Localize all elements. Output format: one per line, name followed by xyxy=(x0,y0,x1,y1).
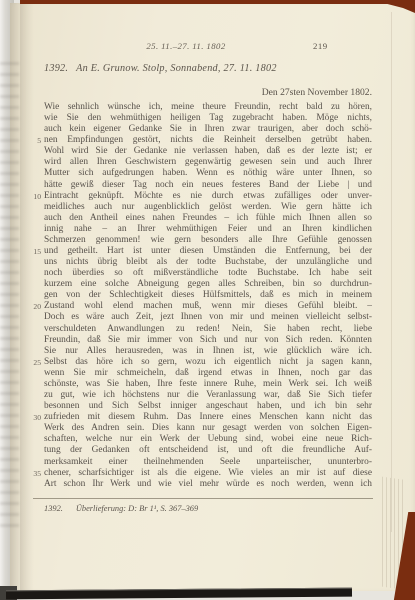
text-line: kurzem eine solche Abneigung gegen alles… xyxy=(44,279,372,290)
line-text: Zustand wohl elend machen muß, wenn mir … xyxy=(44,301,372,312)
text-line: schaften, welche nur ein Werk der Uebung… xyxy=(44,434,372,445)
text-line: 35chener, scharfsichtiger ist als die ei… xyxy=(44,468,372,479)
line-text: Sie nur Alles herausreden, was in Ihnen … xyxy=(44,346,372,357)
text-line: Doch es wäre auch Zeit, jezt Ihnen von m… xyxy=(44,312,372,323)
text-line: gen von der Schlechtigkeit dieses Hülfsm… xyxy=(44,290,372,301)
line-text: Werk des Andren sein. Dies kann nur gesa… xyxy=(44,423,372,434)
page-number: 219 xyxy=(313,41,333,51)
text-line: uns nichts übrig bleibt als der todte Bu… xyxy=(44,257,372,268)
line-text: noch überdies so oft mißverständliche to… xyxy=(44,268,372,279)
footnote-rule xyxy=(33,498,373,499)
text-line: hätte gewiß dieser Tag noch ein neues fe… xyxy=(44,180,372,191)
line-text: Mutter sich aufgedrungen haben. Wenn es … xyxy=(44,168,372,179)
book-cover-top-edge xyxy=(20,0,415,4)
line-text: Doch es wäre auch Zeit, jezt Ihnen von m… xyxy=(44,312,372,323)
text-line: 20Zustand wohl elend machen muß, wenn mi… xyxy=(44,301,372,312)
line-number: 35 xyxy=(29,469,41,479)
line-text: meidliches auch nur augenblicklich gelös… xyxy=(44,202,372,213)
line-text: verschuldeten Anwandlungen zu reden! Nei… xyxy=(44,324,372,335)
letter-title: An E. Grunow. Stolp, Sonnabend, 27. 11. … xyxy=(76,63,277,74)
line-number: 15 xyxy=(29,247,41,257)
text-line: zu gut, wie ich höchstens nur die Veranl… xyxy=(44,390,372,401)
footnote-text: Überlieferung: D: Br 1¹, S. 367–369 xyxy=(76,504,198,513)
line-text: schaften, welche nur ein Werk der Uebung… xyxy=(44,434,372,445)
text-line: Wohl wird Sie der Gedanke nie verlassen … xyxy=(44,146,372,157)
line-text: Wie sehnlich wünsche ich, meine theure F… xyxy=(44,102,372,113)
line-text: kurzem eine solche Abneigung gegen alles… xyxy=(44,279,372,290)
desk-shadow-band xyxy=(6,588,352,600)
text-line: verschuldeten Anwandlungen zu reden! Nei… xyxy=(44,324,372,335)
text-line: Werk des Andren sein. Dies kann nur gesa… xyxy=(44,423,372,434)
text-line: Freundin, daß Sie mir immer von Sich und… xyxy=(44,335,372,346)
text-line: Schmerzen genommen! wie gern besonders a… xyxy=(44,235,372,246)
page-bleed-through xyxy=(0,62,19,530)
text-line: 10Eintracht geknüpft. Möchte es nie durc… xyxy=(44,191,372,202)
text-line: 5nen Empfindungen gestört, nichts die Re… xyxy=(44,135,372,146)
running-head: 25. 11.–27. 11. 1802 xyxy=(44,41,328,53)
line-number: 25 xyxy=(29,358,41,368)
line-number: 10 xyxy=(29,192,41,202)
line-text: Eintracht geknüpft. Möchte es nie durch … xyxy=(44,191,372,202)
text-line: innig nahe – an Ihrer wehmüthigen Feier … xyxy=(44,224,372,235)
line-text: innig nahe – an Ihrer wehmüthigen Feier … xyxy=(44,224,372,235)
line-text: auch den Antheil eines nahen Freundes – … xyxy=(44,213,372,224)
letter-dateline: Den 27sten November 1802. xyxy=(44,87,372,98)
text-line: auch den Antheil eines nahen Freundes – … xyxy=(44,213,372,224)
line-text: uns nichts übrig bleibt als der todte Bu… xyxy=(44,257,372,268)
line-text: Selbst das höre ich so gern, wozu ich ei… xyxy=(44,357,372,368)
text-line: merksamkeit einer theilnehmenden Seele u… xyxy=(44,457,372,468)
text-line: wie Sie den wehmüthigen heiligen Tag zug… xyxy=(44,113,372,124)
line-text: Wohl wird Sie der Gedanke nie verlassen … xyxy=(44,146,372,157)
text-line: tung der Gedanken oft entscheidend ist, … xyxy=(44,445,372,456)
text-line: Wie sehnlich wünsche ich, meine theure F… xyxy=(44,102,372,113)
line-text: schönste, was Sie haben, Ihre feste inne… xyxy=(44,379,372,390)
text-line: besonnen und Sich Selbst inniger angesch… xyxy=(44,401,372,412)
line-text: besonnen und Sich Selbst inniger angesch… xyxy=(44,401,372,412)
text-line: meidliches auch nur augenblicklich gelös… xyxy=(44,202,372,213)
text-line: wird allen Ihren Geschwistern gegenwärti… xyxy=(44,157,372,168)
text-line: schönste, was Sie haben, Ihre feste inne… xyxy=(44,379,372,390)
page-gutter-crease xyxy=(20,3,34,591)
line-text: Art schon Ihr Werk und wie viel mehr wür… xyxy=(44,479,372,490)
letter-heading: 1392.An E. Grunow. Stolp, Sonnabend, 27.… xyxy=(44,63,384,74)
footnote: 1392. Überlieferung: D: Br 1¹, S. 367–36… xyxy=(44,504,372,513)
page-edge-line xyxy=(391,12,392,532)
text-line: 30zufrieden mit diesem Ruhm. Das Innere … xyxy=(44,412,372,423)
text-line: Art schon Ihr Werk und wie viel mehr wür… xyxy=(44,479,372,490)
line-text: tung der Gedanken oft entscheidend ist, … xyxy=(44,445,372,456)
line-text: wenn Sie mir schmeicheln, daß irgend etw… xyxy=(44,368,372,379)
line-text: Schmerzen genommen! wie gern besonders a… xyxy=(44,235,372,246)
line-text: wie Sie den wehmüthigen heiligen Tag zug… xyxy=(44,113,372,124)
line-text: chener, scharfsichtiger ist als die eige… xyxy=(44,468,372,479)
line-text: hätte gewiß dieser Tag noch ein neues fe… xyxy=(44,180,372,191)
text-line: 15und getheilt. Hart ist unter diesen Um… xyxy=(44,246,372,257)
text-line: Mutter sich aufgedrungen haben. Wenn es … xyxy=(44,168,372,179)
footnote-number: 1392. xyxy=(44,504,63,513)
line-text: auch kein eigener Gedanke Sie in Ihren z… xyxy=(44,124,372,135)
text-line: 25Selbst das höre ich so gern, wozu ich … xyxy=(44,357,372,368)
line-text: merksamkeit einer theilnehmenden Seele u… xyxy=(44,457,372,468)
line-text: wird allen Ihren Geschwistern gegenwärti… xyxy=(44,157,372,168)
letter-body: Wie sehnlich wünsche ich, meine theure F… xyxy=(44,102,372,490)
line-number: 30 xyxy=(29,413,41,423)
line-text: gen von der Schlechtigkeit dieses Hülfsm… xyxy=(44,290,372,301)
line-text: Freundin, daß Sie mir immer von Sich und… xyxy=(44,335,372,346)
line-number: 20 xyxy=(29,302,41,312)
text-line: noch überdies so oft mißverständliche to… xyxy=(44,268,372,279)
line-text: nen Empfindungen gestört, nichts die Rei… xyxy=(44,135,372,146)
line-text: zufrieden mit diesem Ruhm. Das Innere ei… xyxy=(44,412,372,423)
line-text: zu gut, wie ich höchstens nur die Veranl… xyxy=(44,390,372,401)
text-line: Sie nur Alles herausreden, was in Ihnen … xyxy=(44,346,372,357)
text-line: wenn Sie mir schmeicheln, daß irgend etw… xyxy=(44,368,372,379)
text-line: auch kein eigener Gedanke Sie in Ihren z… xyxy=(44,124,372,135)
line-text: und getheilt. Hart ist unter diesen Umst… xyxy=(44,246,372,257)
line-number: 5 xyxy=(29,136,41,146)
letter-number: 1392. xyxy=(44,63,68,74)
